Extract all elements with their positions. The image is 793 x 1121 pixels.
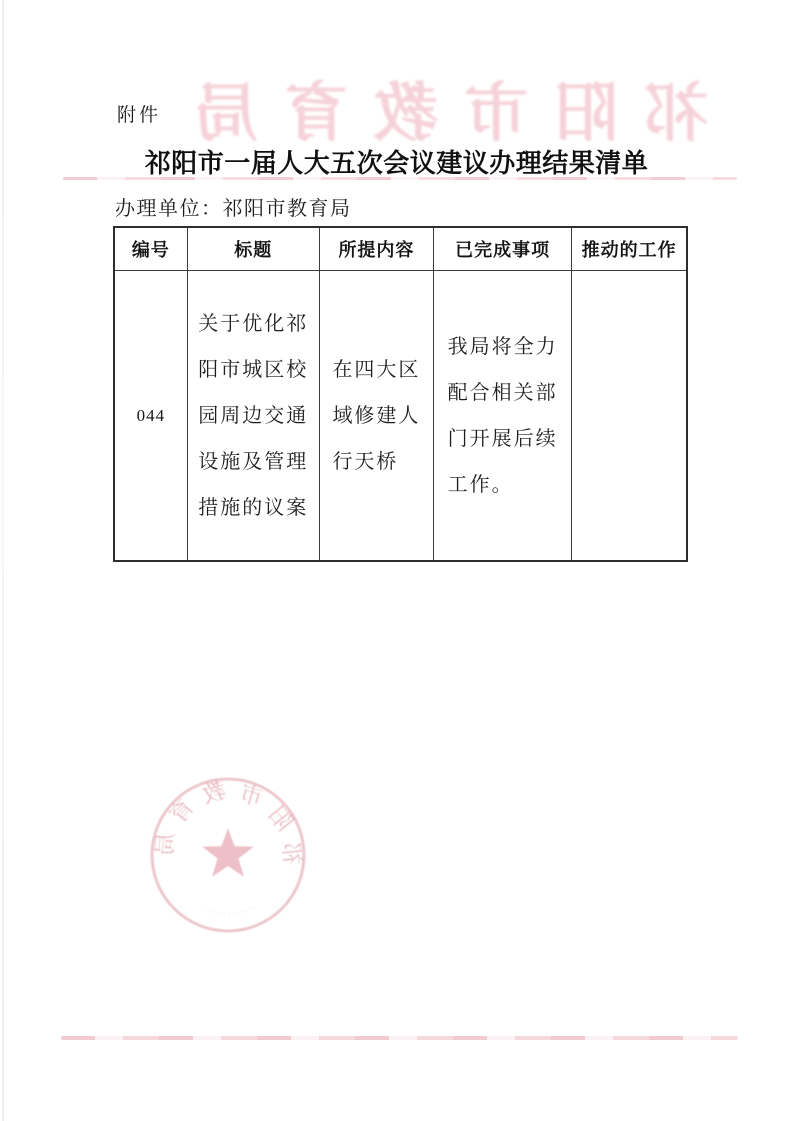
- pink-rule-bleedthrough-bottom: [61, 1036, 738, 1040]
- attachment-label: 附件: [117, 100, 161, 127]
- title-line: 设施及管理: [198, 439, 308, 485]
- document-title: 祁阳市一届人大五次会议建议办理结果清单: [0, 143, 793, 180]
- row-content-cell: 在四大区 域修建人 行天桥: [319, 271, 433, 562]
- title-line: 关于优化祁: [198, 301, 308, 347]
- row-promoted-cell: [572, 271, 687, 562]
- handling-unit-line: 办理单位：祁阳市教育局: [115, 192, 352, 221]
- svg-text:·············: ·············: [198, 902, 258, 918]
- results-table: 编号 标题 所提内容 已完成事项 推动的工作 044 关于优化祁 阳市城区校 园…: [113, 226, 688, 562]
- completed-line: 我局将全力: [448, 324, 558, 370]
- letterhead-bleedthrough-watermark: 祁阳市教育局: [168, 74, 708, 154]
- row-id-cell: 044: [114, 271, 187, 562]
- seal-star-icon: [202, 828, 253, 877]
- table-row: 044 关于优化祁 阳市城区校 园周边交通 设施及管理 措施的议案 在四大区 域…: [114, 271, 687, 562]
- header-cell-promoted: 推动的工作: [572, 227, 687, 271]
- content-line: 域修建人: [332, 393, 420, 439]
- completed-line: 工作。: [448, 462, 558, 508]
- table-header-row: 编号 标题 所提内容 已完成事项 推动的工作: [114, 227, 687, 271]
- header-cell-completed: 已完成事项: [434, 227, 572, 271]
- title-line: 阳市城区校: [198, 347, 308, 393]
- header-cell-title: 标题: [187, 227, 319, 271]
- pink-rule-bleedthrough-top: [63, 177, 737, 180]
- completed-line: 门开展后续: [448, 416, 558, 462]
- completed-line: 配合相关部: [448, 370, 558, 416]
- content-line: 行天桥: [332, 439, 420, 485]
- row-completed-cell: 我局将全力 配合相关部 门开展后续 工作。: [434, 271, 572, 562]
- header-cell-content: 所提内容: [319, 227, 433, 271]
- official-seal-bleedthrough: 祁阳市教育局 ·············: [143, 770, 313, 940]
- row-title-cell: 关于优化祁 阳市城区校 园周边交通 设施及管理 措施的议案: [187, 271, 319, 562]
- header-cell-id: 编号: [114, 227, 187, 271]
- title-line: 措施的议案: [198, 485, 308, 531]
- content-line: 在四大区: [332, 347, 420, 393]
- title-line: 园周边交通: [198, 393, 308, 439]
- seal-serial-marks: ·············: [198, 902, 258, 918]
